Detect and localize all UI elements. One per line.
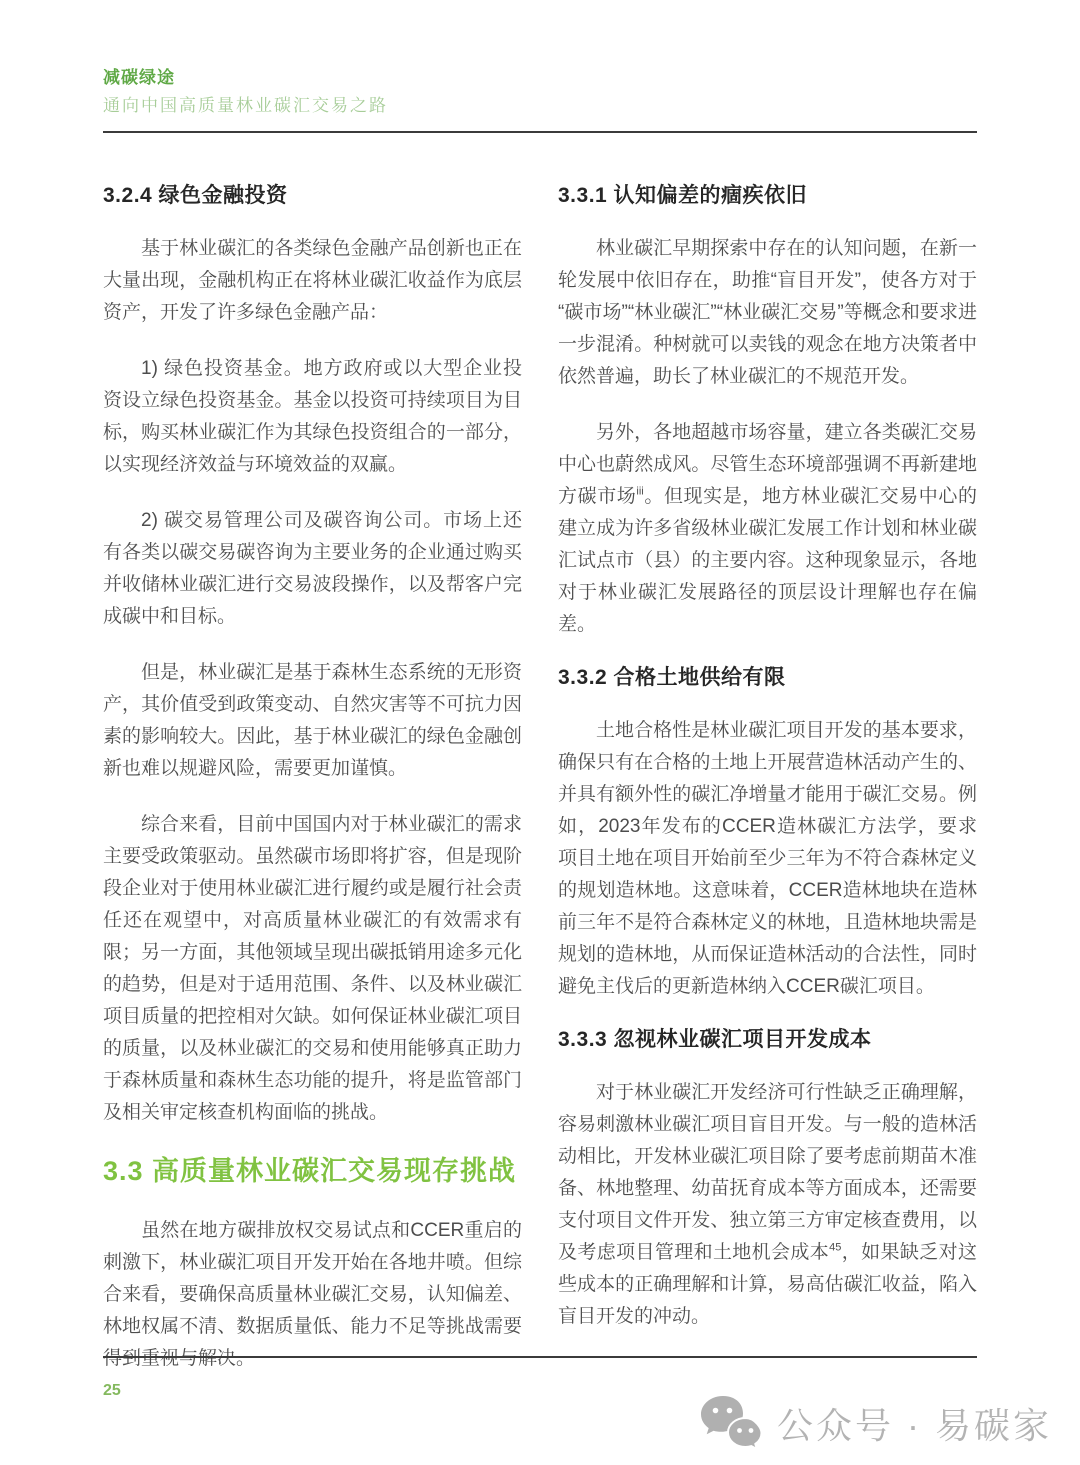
- content-columns: 3.2.4 绿色金融投资 基于林业碳汇的各类绿色金融产品创新也正在大量出现，金融…: [103, 183, 977, 1399]
- footer-rule: [103, 1356, 977, 1358]
- paragraph-text: 。但现实是，地方林业碳汇交易中心的建立成为许多省级林业碳汇发展工作计划和林业碳汇…: [558, 486, 977, 635]
- section-heading-333: 3.3.3 忽视林业碳汇项目开发成本: [558, 1027, 977, 1053]
- paragraph: 1) 绿色投资基金。地方政府或以大型企业投资设立绿色投资基金。基金以投资可持续项…: [103, 353, 522, 481]
- paragraph: 另外，各地超越市场容量，建立各类碳汇交易中心也蔚然成风。尽管生态环境部强调不再新…: [558, 417, 977, 641]
- wechat-icon: [699, 1394, 763, 1452]
- wechat-watermark: 公众号 · 易碳家: [699, 1394, 1052, 1452]
- header-rule: [103, 131, 977, 133]
- section-heading-324: 3.2.4 绿色金融投资: [103, 183, 522, 209]
- paragraph: 虽然在地方碳排放权交易试点和CCER重启的刺激下，林业碳汇项目开发开始在各地井喷…: [103, 1215, 522, 1375]
- page-header: 减碳绿途 通向中国高质量林业碳汇交易之路: [103, 66, 977, 133]
- paragraph: 对于林业碳汇开发经济可行性缺乏正确理解，容易刺激林业碳汇项目盲目开发。与一般的造…: [558, 1077, 977, 1333]
- paragraph: 基于林业碳汇的各类绿色金融产品创新也正在大量出现，金融机构正在将林业碳汇收益作为…: [103, 233, 522, 329]
- document-page: 减碳绿途 通向中国高质量林业碳汇交易之路 3.2.4 绿色金融投资 基于林业碳汇…: [0, 0, 1080, 1465]
- brand-subtitle: 通向中国高质量林业碳汇交易之路: [103, 94, 977, 118]
- watermark-text: 公众号 · 易碳家: [777, 1398, 1052, 1449]
- column-left: 3.2.4 绿色金融投资 基于林业碳汇的各类绿色金融产品创新也正在大量出现，金融…: [103, 183, 522, 1399]
- paragraph: 综合来看，目前中国国内对于林业碳汇的需求主要受政策驱动。虽然碳市场即将扩容，但是…: [103, 809, 522, 1129]
- paragraph: 林业碳汇早期探索中存在的认知问题，在新一轮发展中依旧存在，助推“盲目开发”，使各…: [558, 233, 977, 393]
- paragraph: 但是，林业碳汇是基于森林生态系统的无形资产，其价值受到政策变动、自然灾害等不可抗…: [103, 657, 522, 785]
- page-number: 25: [103, 1382, 121, 1400]
- section-heading-33: 3.3 高质量林业碳汇交易现存挑战: [103, 1153, 522, 1189]
- section-heading-331: 3.3.1 认知偏差的痼疾依旧: [558, 183, 977, 209]
- column-right: 3.3.1 认知偏差的痼疾依旧 林业碳汇早期探索中存在的认知问题，在新一轮发展中…: [558, 183, 977, 1399]
- section-heading-332: 3.3.2 合格土地供给有限: [558, 665, 977, 691]
- paragraph-text: 对于林业碳汇开发经济可行性缺乏正确理解，容易刺激林业碳汇项目盲目开发。与一般的造…: [558, 1082, 977, 1263]
- brand-title: 减碳绿途: [103, 66, 977, 90]
- paragraph: 2) 碳交易管理公司及碳咨询公司。市场上还有各类以碳交易碳咨询为主要业务的企业通…: [103, 505, 522, 633]
- footnote-ref: iii: [636, 486, 643, 498]
- paragraph: 土地合格性是林业碳汇项目开发的基本要求，确保只有在合格的土地上开展营造林活动产生…: [558, 715, 977, 1003]
- footnote-ref: 45: [829, 1242, 841, 1254]
